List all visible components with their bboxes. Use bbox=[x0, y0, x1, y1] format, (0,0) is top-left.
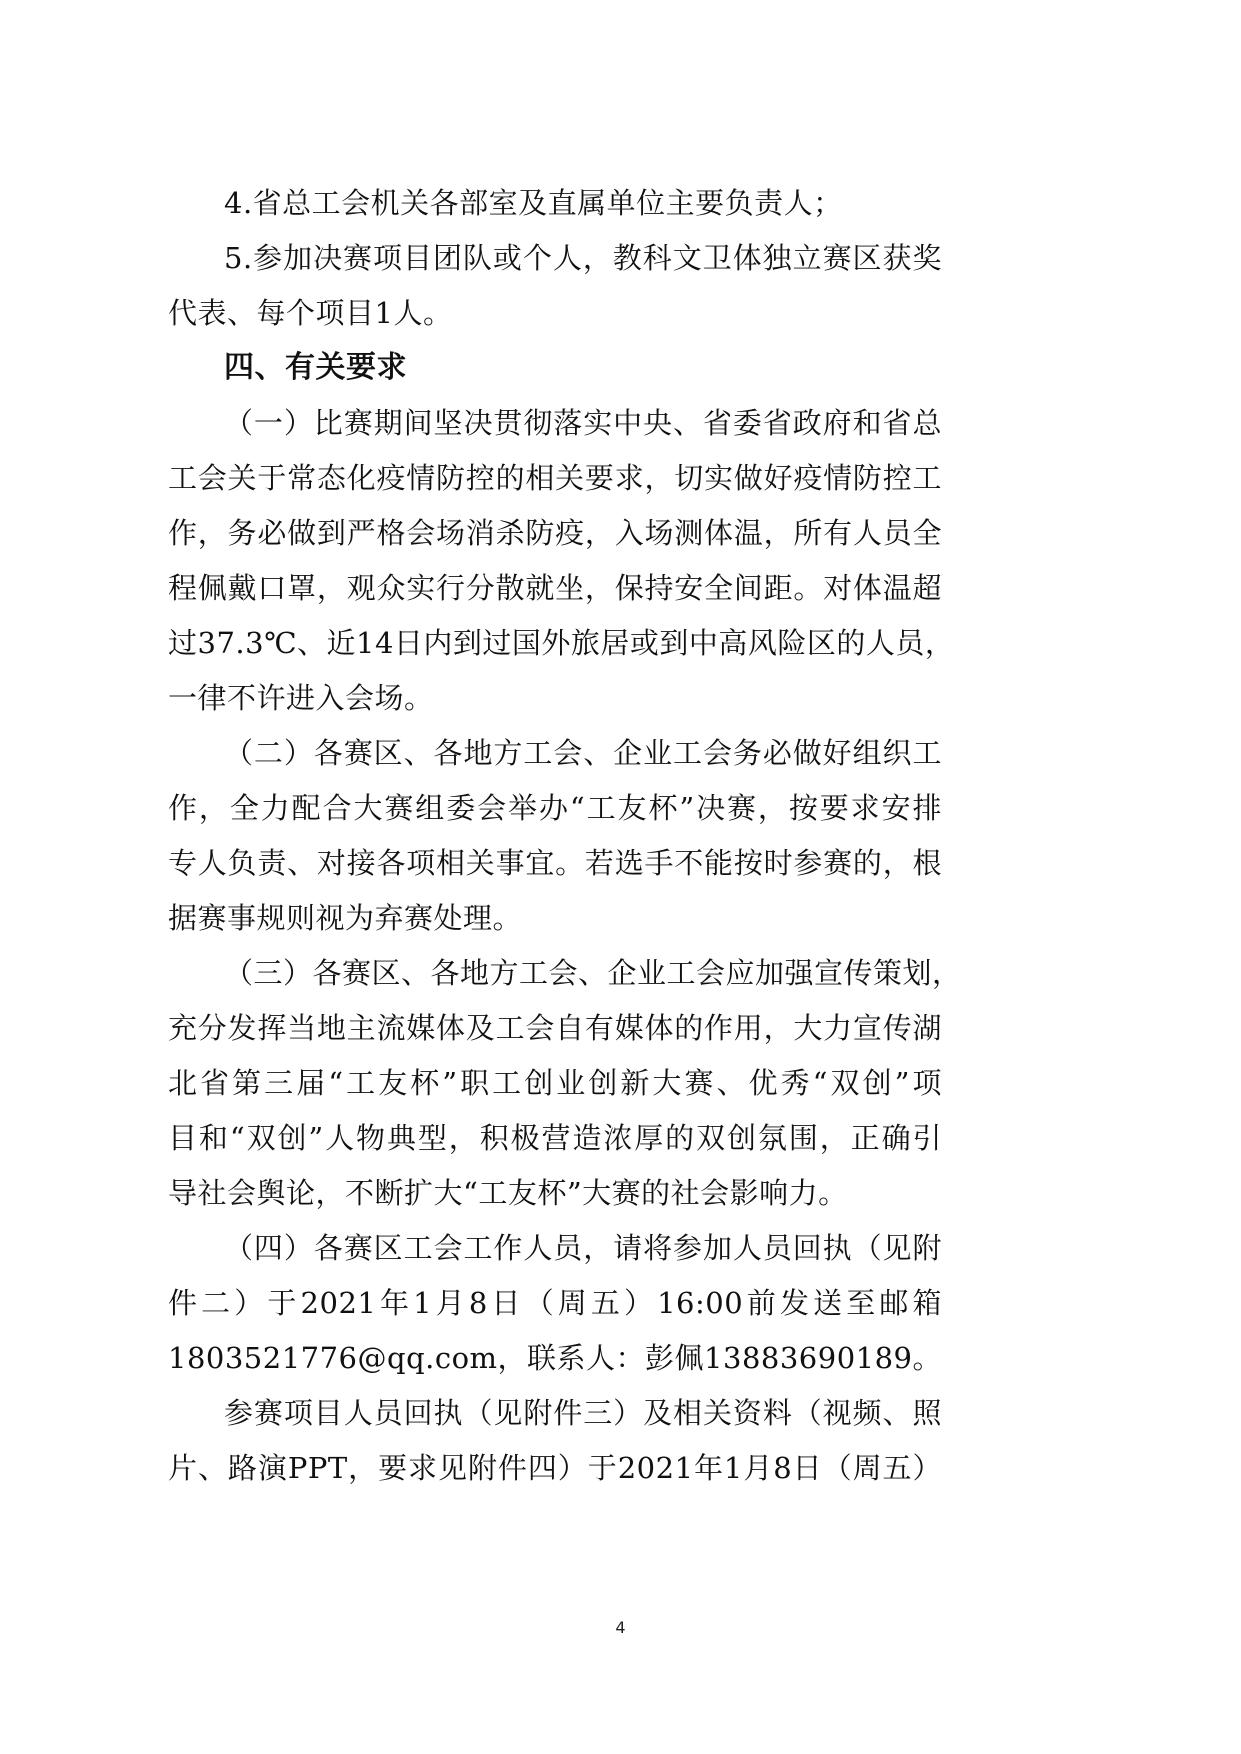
list-item-5: 5.参加决赛项目团队或个人，教科文卫体独立赛区获奖 bbox=[224, 238, 942, 278]
paragraph-2-line-2: 作，全力配合大赛组委会举办“工友杯”决赛，按要求安排 bbox=[168, 788, 942, 828]
paragraph-1-line-1: （一）比赛期间坚决贯彻落实中央、省委省政府和省总 bbox=[224, 403, 942, 443]
paragraph-1-line-3: 作，务必做到严格会场消杀防疫，入场测体温，所有人员全 bbox=[168, 513, 942, 553]
paragraph-1-line-5: 过37.3℃、近14日内到过国外旅居或到中高风险区的人员， bbox=[168, 623, 942, 663]
list-item-4: 4.省总工会机关各部室及直属单位主要负责人； bbox=[224, 183, 942, 223]
paragraph-3-line-4: 目和“双创”人物典型，积极营造浓厚的双创氛围，正确引 bbox=[168, 1118, 942, 1158]
page-number: 4 bbox=[0, 1618, 1241, 1637]
document-page: 4.省总工会机关各部室及直属单位主要负责人； 5.参加决赛项目团队或个人，教科文… bbox=[0, 0, 1241, 1754]
paragraph-3-line-2: 充分发挥当地主流媒体及工会自有媒体的作用，大力宣传湖 bbox=[168, 1008, 942, 1048]
paragraph-5-line-1: 参赛项目人员回执（见附件三）及相关资料（视频、照 bbox=[224, 1393, 942, 1433]
paragraph-5-line-2: 片、路演PPT，要求见附件四）于2021年1月8日（周五） bbox=[168, 1448, 942, 1488]
paragraph-4-contact-line: 1803521776@qq.com，联系人：彭佩13883690189。 bbox=[168, 1338, 942, 1378]
paragraph-1-line-4: 程佩戴口罩，观众实行分散就坐，保持安全间距。对体温超 bbox=[168, 568, 942, 608]
paragraph-2-line-3: 专人负责、对接各项相关事宜。若选手不能按时参赛的，根 bbox=[168, 843, 942, 883]
paragraph-4-line-1: （四）各赛区工会工作人员，请将参加人员回执（见附 bbox=[224, 1228, 942, 1268]
paragraph-1-line-6: 一律不许进入会场。 bbox=[168, 678, 942, 718]
paragraph-3-line-1: （三）各赛区、各地方工会、企业工会应加强宣传策划， bbox=[224, 953, 942, 993]
paragraph-2-line-1: （二）各赛区、各地方工会、企业工会务必做好组织工 bbox=[224, 733, 942, 773]
paragraph-4-line-2: 件二）于2021年1月8日（周五）16:00前发送至邮箱 bbox=[168, 1283, 942, 1323]
paragraph-1-line-2: 工会关于常态化疫情防控的相关要求，切实做好疫情防控工 bbox=[168, 458, 942, 498]
paragraph-3-line-5: 导社会舆论，不断扩大“工友杯”大赛的社会影响力。 bbox=[168, 1173, 942, 1213]
section-heading-requirements: 四、有关要求 bbox=[224, 348, 942, 388]
list-item-5-continued: 代表、每个项目1人。 bbox=[168, 293, 942, 333]
paragraph-3-line-3: 北省第三届“工友杯”职工创业创新大赛、优秀“双创”项 bbox=[168, 1063, 942, 1103]
paragraph-2-line-4: 据赛事规则视为弃赛处理。 bbox=[168, 898, 942, 938]
